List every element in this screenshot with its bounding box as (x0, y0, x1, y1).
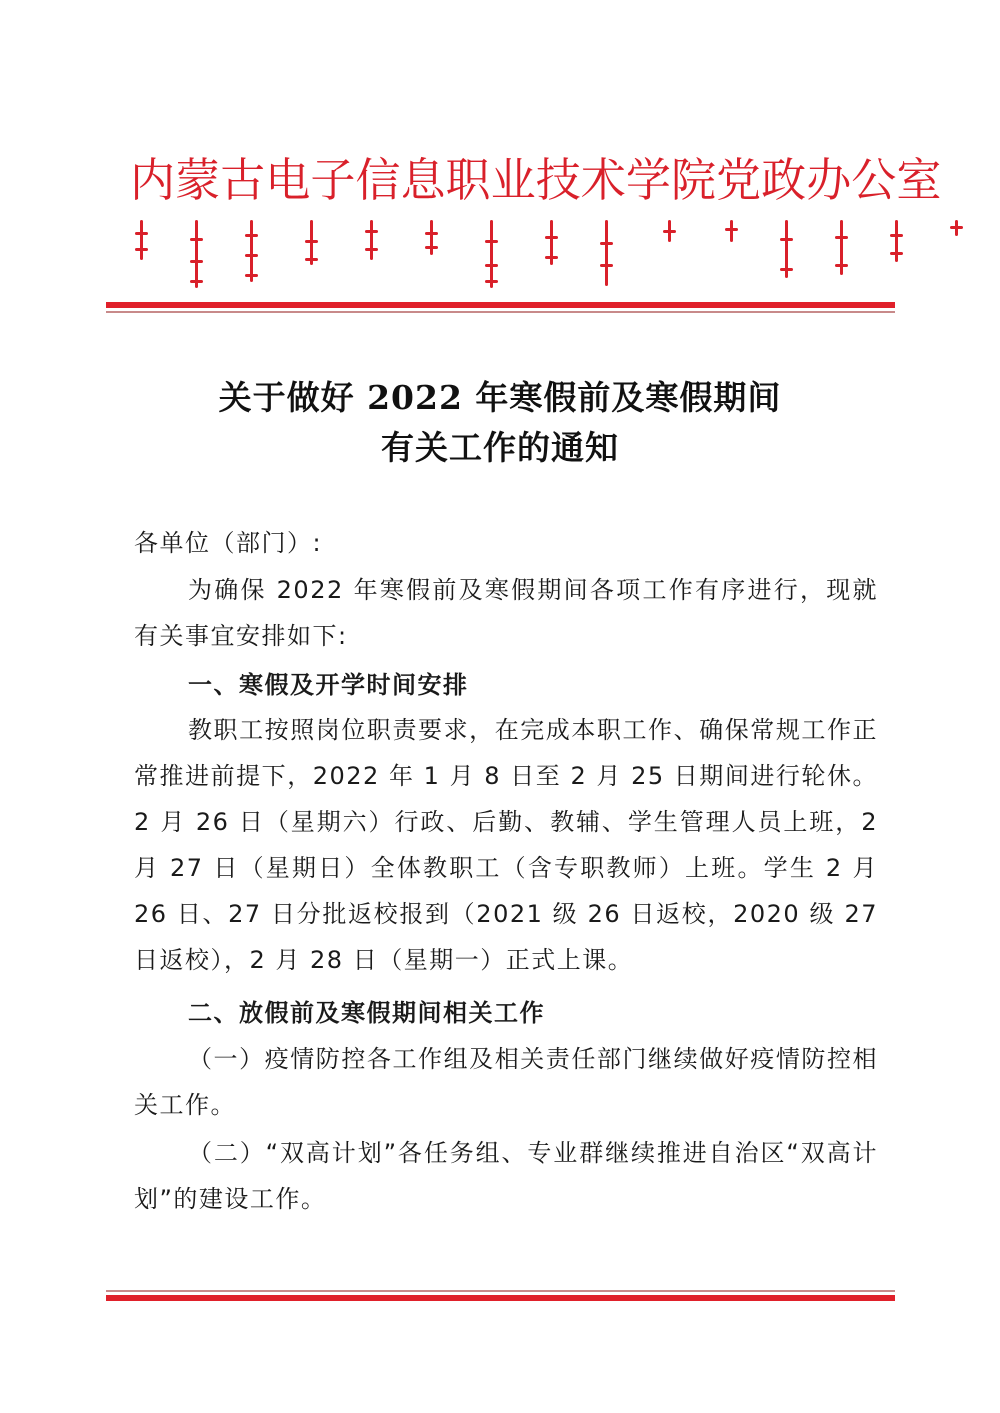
mongolian-script-line (135, 220, 875, 295)
section-2-heading: 二、放假前及寒假期间相关工作 (134, 990, 878, 1036)
footer-rule-thin (106, 1290, 895, 1292)
section-2-item-1: （一）疫情防控各工作组及相关责任部门继续做好疫情防控相关工作。 (134, 1036, 878, 1128)
header-rule-thin (106, 311, 895, 313)
section-2-item-2: （二）“双高计划”各任务组、专业群继续推进自治区“双高计划”的建设工作。 (134, 1130, 878, 1222)
document-title-line-1: 关于做好 2022 年寒假前及寒假期间 (0, 372, 1000, 419)
section-1-heading: 一、寒假及开学时间安排 (134, 662, 878, 708)
section-1-paragraph: 教职工按照岗位职责要求，在完成本职工作、确保常规工作正常推进前提下，2022 年… (134, 707, 878, 983)
salutation: 各单位（部门）: (134, 520, 878, 566)
header-rule-thick (106, 302, 895, 308)
org-name: 内蒙古电子信息职业技术学院党政办公室 (130, 148, 860, 212)
intro-paragraph: 为确保 2022 年寒假前及寒假期间各项工作有序进行，现就有关事宜安排如下: (134, 567, 878, 659)
document-title-line-2: 有关工作的通知 (0, 422, 1000, 469)
footer-rule-thick (106, 1295, 895, 1301)
